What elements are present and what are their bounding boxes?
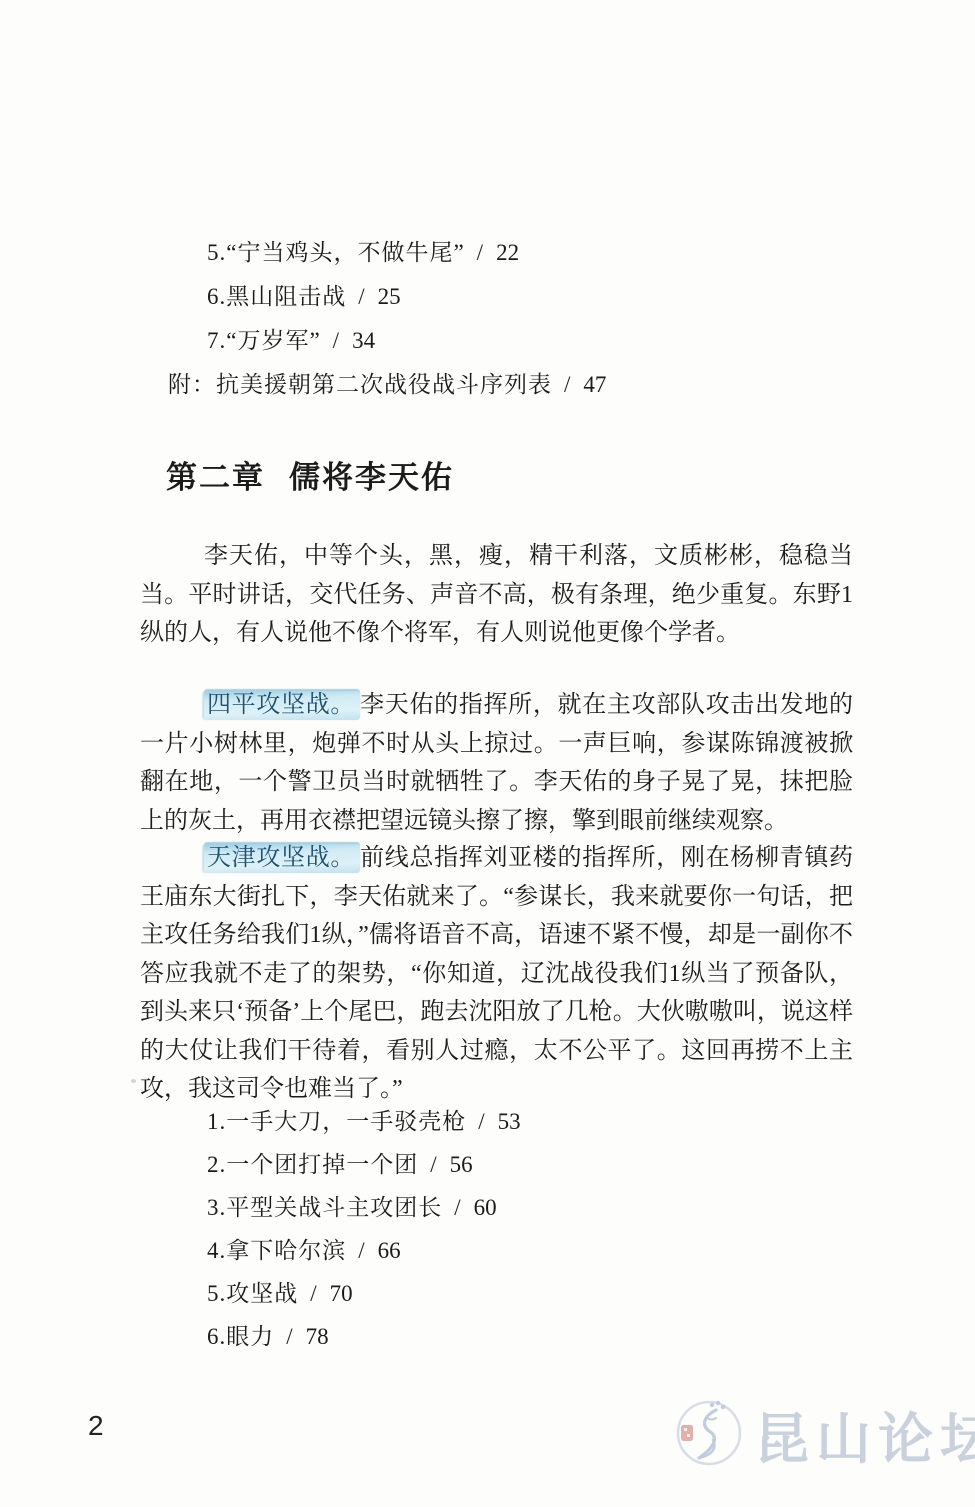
toc-item-appendix: 附：抗美援朝第二次战役战斗序列表/47 bbox=[168, 363, 606, 407]
highlight-tianjin: 天津攻坚战。 bbox=[204, 844, 360, 873]
chapter-title: 第二章儒将李天佑 bbox=[166, 452, 454, 497]
paragraph-tianjin: 天津攻坚战。前线总指挥刘亚楼的指挥所，刚在杨柳青镇药王庙东大街扎下，李天佑就来了… bbox=[140, 839, 853, 1109]
toc-separator: / bbox=[478, 1109, 485, 1134]
toc-item-page: 70 bbox=[330, 1281, 353, 1306]
toc-item: 2.一个团打掉一个团/56 bbox=[207, 1143, 521, 1186]
highlight-siping: 四平攻坚战。 bbox=[204, 691, 360, 720]
toc-separator: / bbox=[564, 372, 571, 397]
paragraph-tianjin-text: 前线总指挥刘亚楼的指挥所，刚在杨柳青镇药王庙东大街扎下，李天佑就来了。“参谋长，… bbox=[140, 845, 853, 1102]
toc-item: 6.黑山阻击战/25 bbox=[207, 275, 606, 319]
toc-separator: / bbox=[286, 1324, 293, 1349]
toc-item-page: 34 bbox=[352, 328, 375, 353]
toc-separator: / bbox=[430, 1152, 437, 1177]
toc-item: 4.拿下哈尔滨/66 bbox=[207, 1229, 521, 1272]
toc-item-label: 3.平型关战斗主攻团长 bbox=[207, 1195, 442, 1220]
toc-item-page: 25 bbox=[378, 284, 401, 309]
toc-item: 3.平型关战斗主攻团长/60 bbox=[207, 1186, 521, 1229]
toc-item-page: 78 bbox=[306, 1324, 329, 1349]
toc-item-label: 5.“宁当鸡头，不做牛尾” bbox=[207, 240, 465, 265]
toc-item-page: 53 bbox=[498, 1109, 521, 1134]
toc-item-label: 6.黑山阻击战 bbox=[207, 284, 346, 309]
toc-item-page: 56 bbox=[450, 1152, 473, 1177]
chapter-number: 第二章 bbox=[166, 460, 265, 495]
toc-item-page: 66 bbox=[378, 1238, 401, 1263]
toc-top: 5.“宁当鸡头，不做牛尾”/22 6.黑山阻击战/25 7.“万岁军”/34 附… bbox=[207, 231, 606, 407]
toc-separator: / bbox=[358, 284, 365, 309]
toc-item: 5.“宁当鸡头，不做牛尾”/22 bbox=[207, 231, 606, 275]
kunshan-forum-logo-icon bbox=[672, 1392, 744, 1477]
toc-item: 5.攻坚战/70 bbox=[207, 1272, 521, 1315]
watermark: 昆山论坛 bbox=[672, 1392, 975, 1477]
toc-item: 7.“万岁军”/34 bbox=[207, 319, 606, 363]
chapter-name: 儒将李天佑 bbox=[289, 460, 454, 495]
book-page: 5.“宁当鸡头，不做牛尾”/22 6.黑山阻击战/25 7.“万岁军”/34 附… bbox=[0, 0, 975, 1507]
toc-item-page: 60 bbox=[474, 1195, 497, 1220]
toc-item: 6.眼力/78 bbox=[207, 1315, 521, 1358]
toc-item: 1.一手大刀，一手驳壳枪/53 bbox=[207, 1100, 521, 1143]
paragraph-intro: 李天佑，中等个头，黑，瘦，精干利落，文质彬彬，稳稳当当。平时讲话，交代任务、声音… bbox=[140, 537, 853, 653]
toc-item-label: 6.眼力 bbox=[207, 1324, 274, 1349]
page-number: 2 bbox=[88, 1410, 104, 1442]
toc-item-label: 5.攻坚战 bbox=[207, 1281, 298, 1306]
toc-item-label: 7.“万岁军” bbox=[207, 328, 321, 353]
toc-bottom: 1.一手大刀，一手驳壳枪/53 2.一个团打掉一个团/56 3.平型关战斗主攻团… bbox=[207, 1100, 521, 1358]
toc-item-label: 附：抗美援朝第二次战役战斗序列表 bbox=[168, 372, 552, 397]
toc-separator: / bbox=[358, 1238, 365, 1263]
toc-separator: / bbox=[310, 1281, 317, 1306]
scan-artifact bbox=[131, 1079, 136, 1083]
watermark-text: 昆山论坛 bbox=[754, 1395, 975, 1474]
toc-item-label: 4.拿下哈尔滨 bbox=[207, 1238, 346, 1263]
toc-item-page: 22 bbox=[496, 240, 519, 265]
toc-separator: / bbox=[477, 240, 484, 265]
toc-separator: / bbox=[333, 328, 340, 353]
paragraph-siping: 四平攻坚战。李天佑的指挥所，就在主攻部队攻击出发地的一片小树林里，炮弹不时从头上… bbox=[140, 686, 853, 840]
toc-item-label: 2.一个团打掉一个团 bbox=[207, 1152, 418, 1177]
toc-item-page: 47 bbox=[583, 372, 606, 397]
toc-item-label: 1.一手大刀，一手驳壳枪 bbox=[207, 1109, 466, 1134]
toc-separator: / bbox=[454, 1195, 461, 1220]
